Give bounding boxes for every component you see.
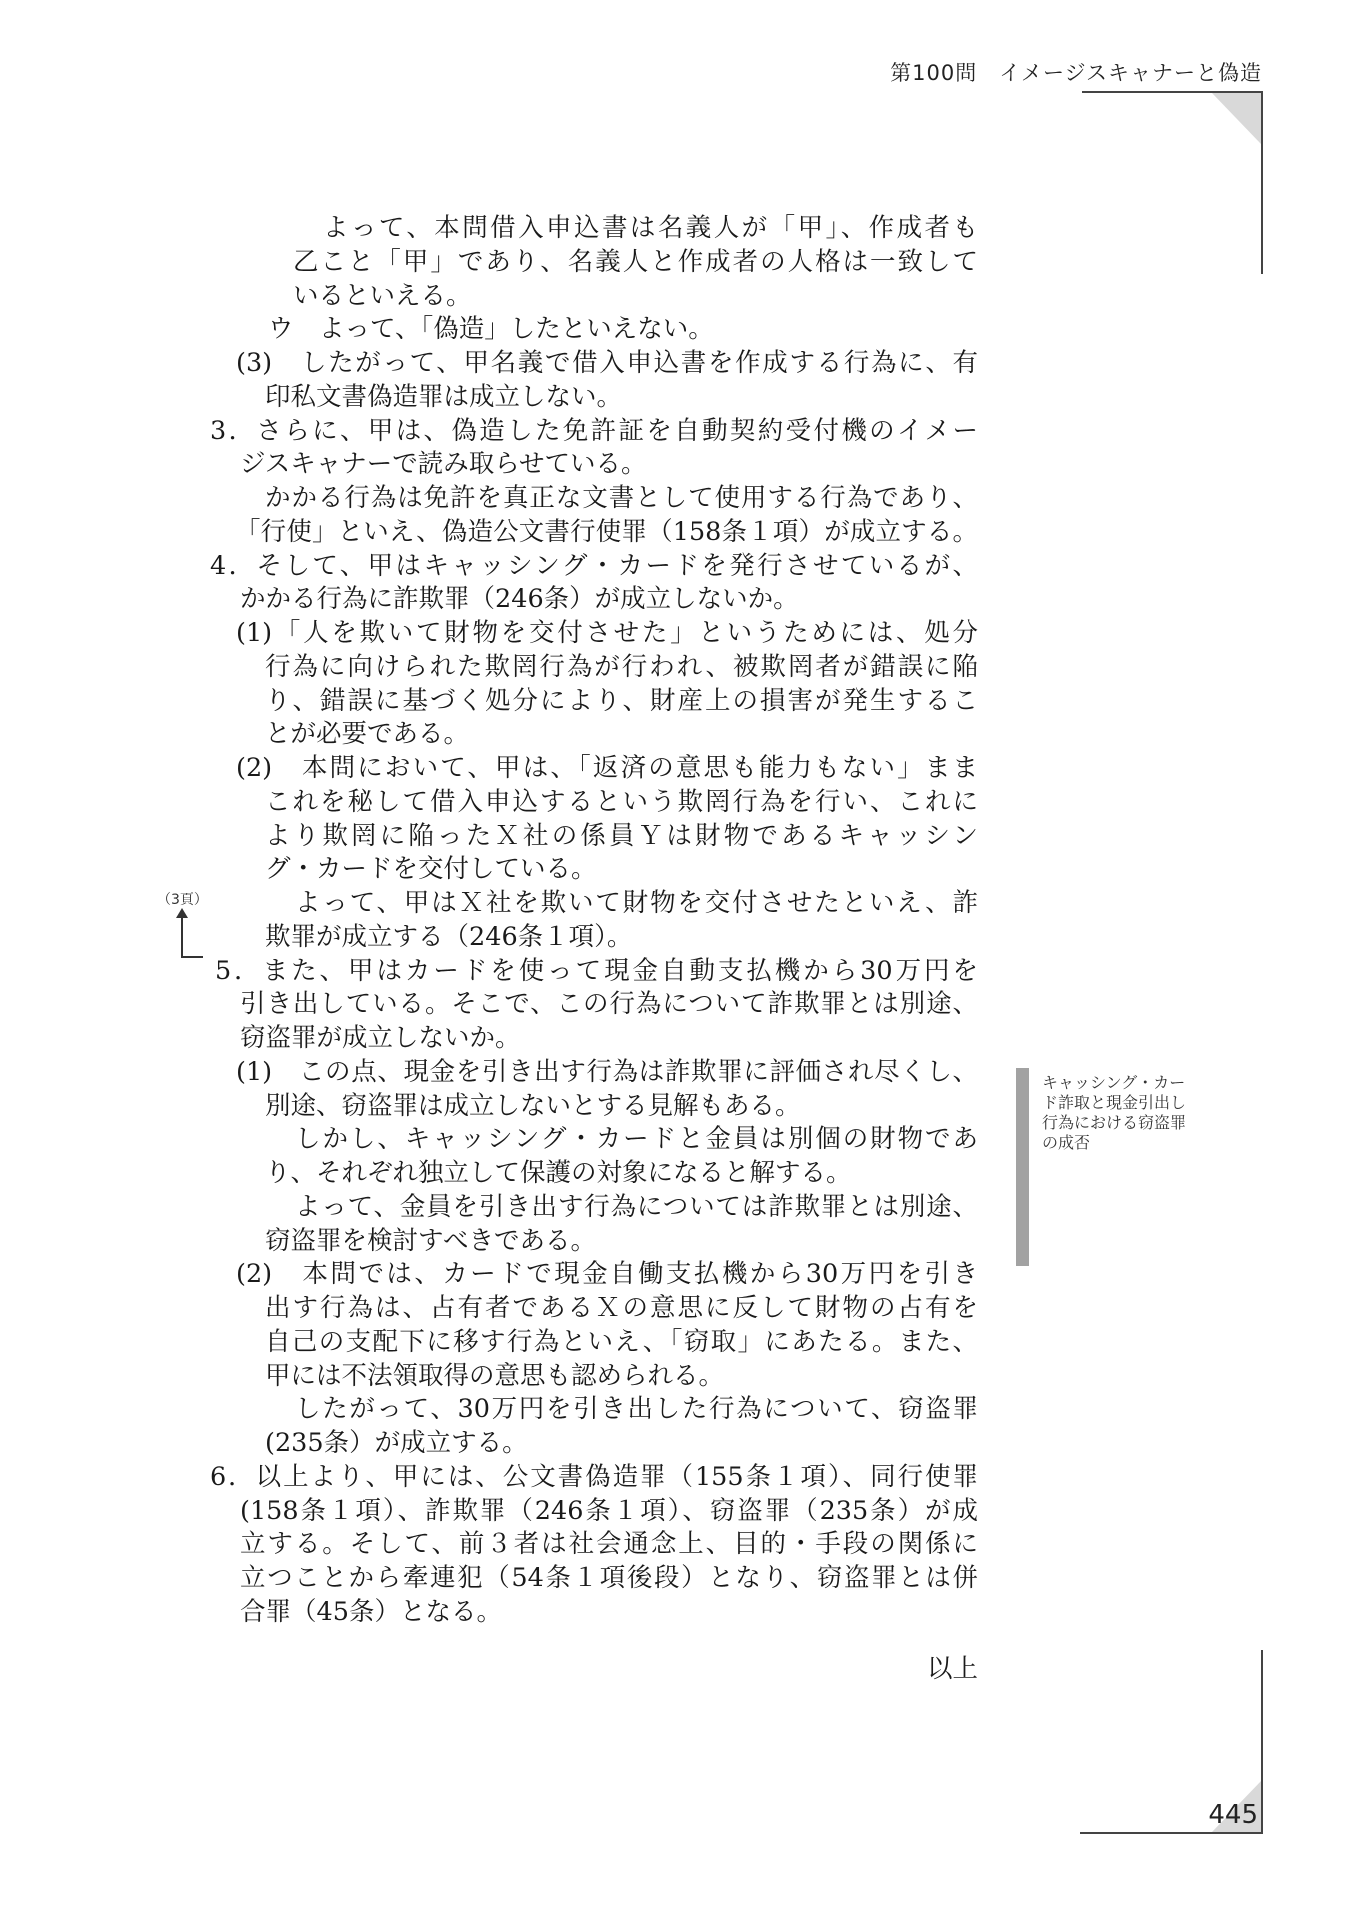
- text-line: 行為に向けられた欺罔行為が行われ、被欺罔者が錯誤に陥: [265, 650, 978, 684]
- text-line: (235条）が成立する。: [265, 1426, 528, 1460]
- text-line: したがって、30万円を引き出した行為について、窃盗罪: [295, 1392, 978, 1426]
- text-line: (3) したがって、甲名義で借入申込書を作成する行為に、有: [236, 346, 978, 380]
- text-line: 欺罪が成立する（246条１項）。: [265, 920, 632, 954]
- text-line: よって、本問借入申込書は名義人が「甲」、作成者も: [323, 211, 978, 245]
- margin-note-line: ド詐取と現金引出し: [1042, 1093, 1242, 1113]
- text-line: 5．また、甲はカードを使って現金自動支払機から30万円を: [215, 954, 978, 988]
- margin-note-line: キャッシング・カー: [1042, 1073, 1242, 1093]
- text-line: (158条１項）、詐欺罪（246条１項）、窃盗罪（235条）が成: [240, 1494, 978, 1528]
- text-line: かかる行為は免許を真正な文書として使用する行為であり、: [265, 481, 978, 515]
- text-line: これを秘して借入申込するという欺罔行為を行い、これに: [265, 785, 978, 819]
- top-corner-triangle: [1212, 93, 1261, 144]
- text-line: 3．さらに、甲は、偽造した免許証を自動契約受付機のイメー: [210, 414, 978, 448]
- text-line: より欺罔に陥ったＸ社の係員Ｙは財物であるキャッシン: [265, 819, 978, 853]
- top-bracket-vertical: [1261, 91, 1263, 274]
- page-reference-label: （3頁）: [157, 889, 208, 909]
- text-line: しかし、キャッシング・カードと金員は別個の財物であ: [295, 1122, 978, 1156]
- document-page: 第100問 イメージスキャナーと偽造 よって、本問借入申込書は名義人が「甲」、作…: [0, 0, 1350, 1920]
- margin-note-line: の成否: [1042, 1133, 1242, 1153]
- text-line: 「行使」といえ、偽造公文書行使罪（158条１項）が成立する。: [235, 515, 978, 549]
- text-line: いるといえる。: [293, 279, 472, 313]
- text-line: グ・カードを交付している。: [265, 852, 597, 886]
- margin-note-line: 行為における窃盗罪: [1042, 1113, 1242, 1133]
- text-line: ジスキャナーで読み取らせている。: [240, 447, 646, 481]
- text-line: 出す行為は、占有者であるＸの意思に反して財物の占有を: [265, 1291, 978, 1325]
- text-line: り、錯誤に基づく処分により、財産上の損害が発生するこ: [265, 684, 978, 718]
- reference-arrow-foot: [181, 956, 203, 958]
- page-number: 445: [1208, 1800, 1258, 1830]
- bottom-bracket-vertical: [1261, 1650, 1263, 1834]
- text-line: 立する。そして、前３者は社会通念上、目的・手段の関係に: [240, 1527, 978, 1561]
- text-line: 4．そして、甲はキャッシング・カードを発行させているが、: [210, 549, 978, 583]
- text-line: (1) この点、現金を引き出す行為は詐欺罪に評価され尽くし、: [236, 1055, 978, 1089]
- text-line: 窃盗罪が成立しないか。: [240, 1021, 521, 1055]
- reference-arrow-shaft: [181, 914, 183, 958]
- margin-note-bar: [1016, 1068, 1029, 1266]
- text-line: り、それぞれ独立して保護の対象になると解する。: [265, 1156, 852, 1190]
- text-line: 引き出している。そこで、この行為について詐欺罪とは別途、: [240, 987, 978, 1021]
- text-line: かかる行為に詐欺罪（246条）が成立しないか。: [240, 582, 799, 616]
- text-line: (2) 本問において、甲は、「返済の意思も能力もない」まま: [236, 751, 978, 785]
- text-line: 甲には不法領取得の意思も認められる。: [265, 1359, 724, 1393]
- text-line: 自己の支配下に移す行為といえ、「窃取」にあたる。また、: [265, 1325, 978, 1359]
- margin-note: キャッシング・カード詐取と現金引出し行為における窃盗罪の成否: [1042, 1073, 1242, 1153]
- text-line: 乙こと「甲」であり、名義人と作成者の人格は一致して: [293, 245, 978, 279]
- text-line: 窃盗罪を検討すべきである。: [265, 1224, 596, 1258]
- text-line: 別途、窃盗罪は成立しないとする見解もある。: [265, 1089, 801, 1123]
- text-line: ウ よって、「偽造」したといえない。: [268, 312, 714, 346]
- text-line: (2) 本問では、カードで現金自働支払機から30万円を引き: [236, 1257, 978, 1291]
- text-line: よって、甲はＸ社を欺いて財物を交付させたといえ、詐: [295, 886, 978, 920]
- bottom-bracket-horizontal: [1080, 1832, 1263, 1834]
- text-line: 6．以上より、甲には、公文書偽造罪（155条１項）、同行使罪: [210, 1460, 978, 1494]
- text-line: (1)「人を欺いて財物を交付させた」というためには、処分: [236, 616, 978, 650]
- text-line: よって、金員を引き出す行為については詐欺罪とは別途、: [295, 1190, 978, 1224]
- chapter-header-title: 第100問 イメージスキャナーと偽造: [890, 57, 1262, 87]
- text-line: 合罪（45条）となる。: [240, 1595, 502, 1629]
- text-line: とが必要である。: [265, 717, 469, 751]
- text-line: 立つことから牽連犯（54条１項後段）となり、窃盗罪とは併: [240, 1561, 978, 1595]
- text-line: 印私文書偽造罪は成立しない。: [265, 380, 622, 414]
- closing-mark: 以上: [927, 1649, 978, 1685]
